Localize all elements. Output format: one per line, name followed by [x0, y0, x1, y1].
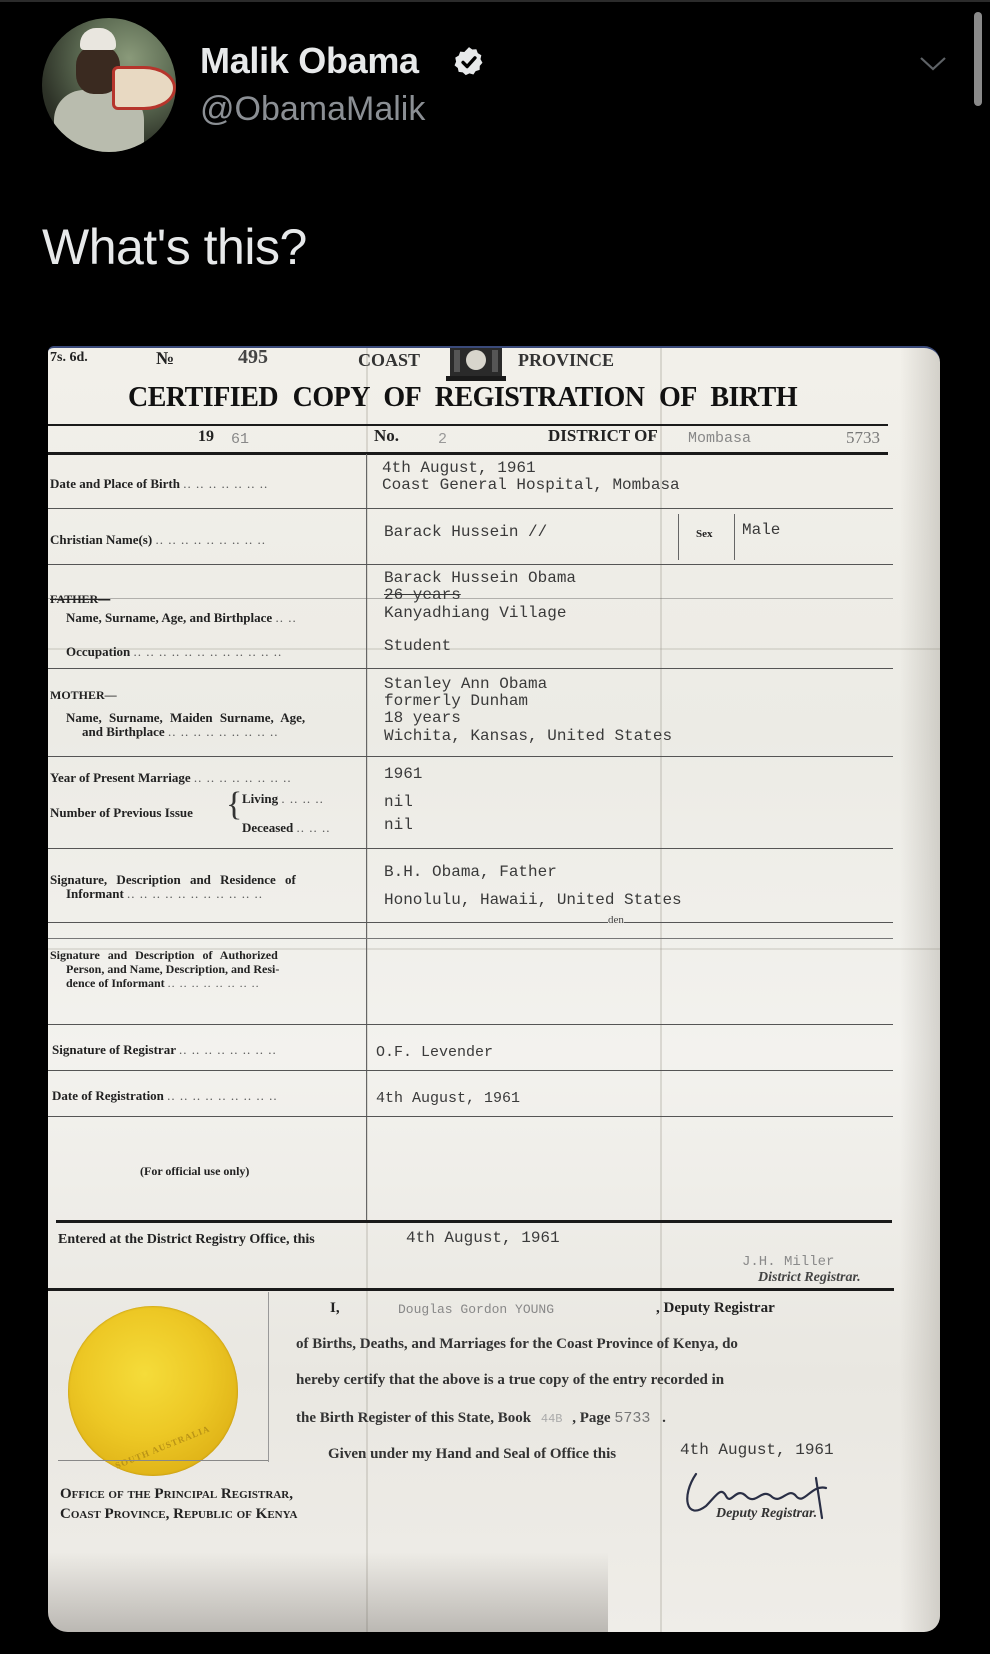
informant-label-line2: Informant .. .. .. .. .. .. .. .. .. .. …: [66, 886, 263, 902]
christian-name-label: Christian Name(s) .. .. .. .. .. .. .. .…: [50, 532, 266, 548]
birth-place-value: Coast General Hospital, Mombasa: [382, 477, 680, 494]
christian-name-value: Barack Hussein //: [384, 524, 547, 541]
top-divider: [0, 0, 990, 2]
father-heading: FATHER—: [50, 592, 110, 607]
living-label: Living . .. .. ..: [242, 791, 324, 807]
previous-issue-label: Number of Previous Issue: [50, 805, 193, 821]
tweet-text: What's this?: [42, 218, 307, 276]
mother-label-line2: and Birthplace .. .. .. .. .. .. .. .. .…: [82, 724, 278, 740]
gold-seal-icon: SOUTH AUSTRALIA: [68, 1306, 238, 1476]
informant-name-value: B.H. Obama, Father: [384, 864, 557, 881]
office-line2: Coast Province, Republic of Kenya: [60, 1506, 297, 1523]
district-value: Mombasa: [688, 430, 751, 447]
occupation-value: Student: [384, 638, 451, 655]
district-registrar-title: District Registrar.: [758, 1270, 861, 1286]
marriage-label: Year of Present Marriage .. .. .. .. .. …: [50, 770, 292, 786]
page-value: 5733: [614, 1410, 650, 1427]
price: 7s. 6d.: [50, 350, 88, 366]
sex-label: Sex: [696, 528, 713, 540]
registration-date-value: 4th August, 1961: [376, 1090, 520, 1107]
year-suffix: 61: [231, 431, 249, 448]
certificate-image[interactable]: 7s. 6d. № 495 COAST PROVINCE CERTIFIED C…: [48, 346, 940, 1632]
entered-text: Entered at the District Registry Office,…: [58, 1232, 315, 1248]
chevron-down-icon[interactable]: [918, 54, 948, 74]
living-value: nil: [384, 794, 413, 811]
mother-name-value: Stanley Ann Obama: [384, 676, 547, 693]
district-registrar-name: J.H. Miller: [742, 1254, 834, 1270]
birth-date-value: 4th August, 1961: [382, 460, 536, 477]
book-value: 44B: [541, 1412, 563, 1426]
marriage-value: 1961: [384, 766, 422, 783]
province-left: COAST: [358, 350, 420, 371]
authorized-label-line1: Signature and Description of Authorized: [50, 948, 278, 963]
given-text: Given under my Hand and Seal of Office t…: [328, 1446, 616, 1463]
cert-line3: hereby certify that the above is a true …: [296, 1372, 724, 1389]
sex-value: Male: [742, 522, 780, 539]
father-label: Name, Surname, Age, and Birthplace .. ..: [66, 610, 297, 626]
mother-age-value: 18 years: [384, 710, 461, 727]
father-name-value: Barack Hussein Obama: [384, 570, 576, 587]
given-date: 4th August, 1961: [680, 1442, 834, 1459]
brace: {: [226, 788, 242, 822]
informant-residence-value: Honolulu, Hawaii, United States: [384, 892, 682, 909]
deputy-registrar-name: Douglas Gordon YOUNG: [398, 1302, 554, 1317]
deputy-registrar-signature-title: Deputy Registrar.: [716, 1506, 817, 1522]
father-age-value: 26 years: [384, 587, 461, 604]
birth-label: Date and Place of Birth .. .. .. .. .. .…: [50, 476, 268, 492]
cert-i: I,: [330, 1300, 340, 1317]
scrollbar[interactable]: [974, 12, 982, 106]
kenya-coat-of-arms-icon: [444, 346, 508, 384]
verified-badge-icon: [452, 45, 486, 79]
avatar[interactable]: [42, 18, 176, 152]
author-handle[interactable]: @ObamaMalik: [200, 90, 425, 129]
mother-heading: MOTHER—: [50, 688, 117, 703]
district-label: DISTRICT OF: [548, 426, 658, 446]
document-title: CERTIFIED COPY OF REGISTRATION OF BIRTH: [128, 382, 797, 414]
no-value: 2: [438, 431, 447, 448]
informant-mark: den: [608, 914, 624, 926]
no-label: No.: [374, 426, 399, 446]
registration-date-label: Date of Registration .. .. .. .. .. .. .…: [52, 1088, 278, 1104]
occupation-label: Occupation .. .. .. .. .. .. .. .. .. ..…: [66, 644, 282, 660]
authorized-label-line3: dence of Informant .. .. .. .. .. .. .. …: [66, 976, 260, 991]
deceased-label: Deceased .. .. ..: [242, 820, 331, 836]
province-right: PROVINCE: [518, 350, 614, 371]
deputy-registrar-title: , Deputy Registrar: [656, 1300, 775, 1317]
registrar-signature-value: O.F. Levender: [376, 1044, 493, 1061]
father-birthplace-value: Kanyadhiang Village: [384, 605, 566, 622]
office-line1: Office of the Principal Registrar,: [60, 1486, 293, 1503]
year-prefix: 19: [198, 428, 214, 446]
certificate-number: 495: [238, 346, 268, 369]
author-name[interactable]: Malik Obama: [200, 40, 419, 82]
entered-date: 4th August, 1961: [406, 1230, 560, 1247]
reference-number: 5733: [846, 428, 880, 448]
cert-line2: of Births, Deaths, and Marriages for the…: [296, 1336, 738, 1353]
mother-maiden-value: formerly Dunham: [384, 693, 528, 710]
registrar-signature-label: Signature of Registrar .. .. .. .. .. ..…: [52, 1042, 277, 1058]
official-use-label: (For official use only): [140, 1164, 249, 1179]
authorized-label-line2: Person, and Name, Description, and Resi-: [66, 962, 279, 977]
deceased-value: nil: [384, 817, 413, 834]
cert-line4: the Birth Register of this State, Book 4…: [296, 1410, 666, 1427]
mother-birthplace-value: Wichita, Kansas, United States: [384, 728, 672, 745]
number-symbol: №: [156, 348, 174, 369]
